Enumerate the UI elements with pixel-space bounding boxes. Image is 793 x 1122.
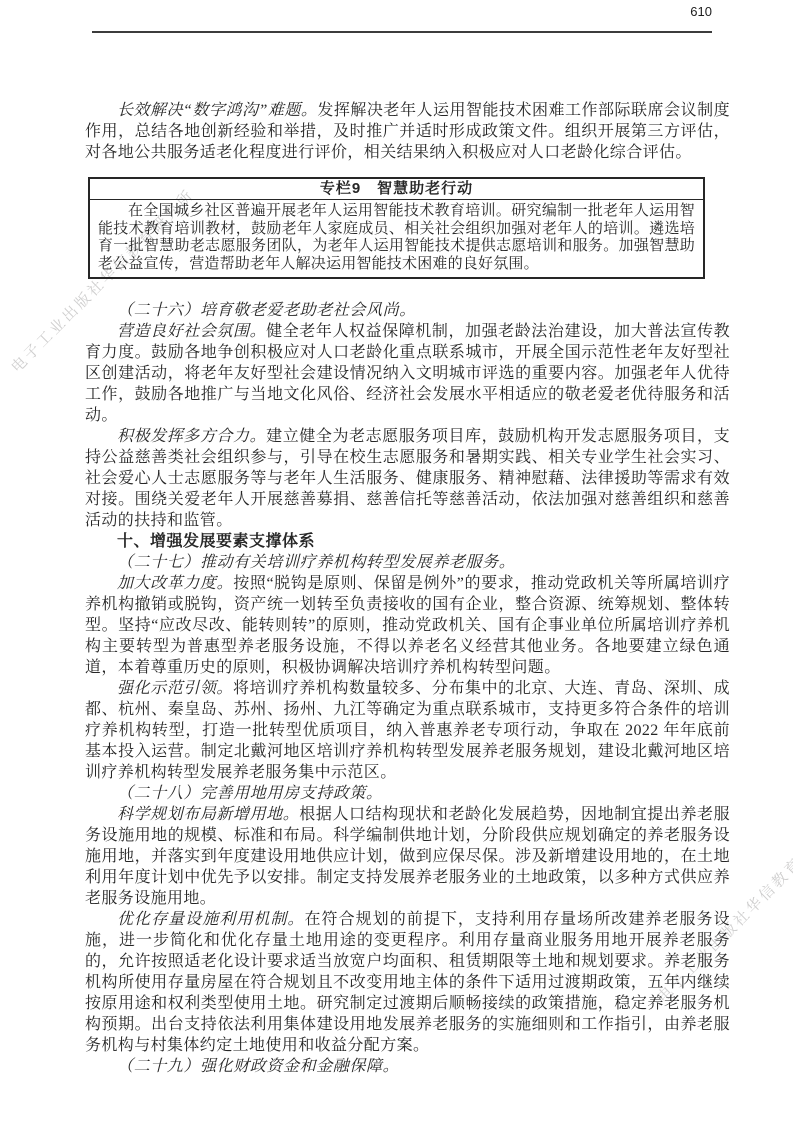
column-9-body: 在全国城乡社区普遍开展老年人运用智能技术教育培训。研究编制一批老年人运用智能技术… [90,200,703,277]
paragraph-reform: 加大改革力度。按照“脱钩是原则、保留是例外”的要求，推动党政机关等所属培训疗养机… [85,573,730,678]
paragraph-lead: 优化存量设施利用机制。 [117,911,305,928]
paragraph-new-land: 科学规划布局新增用地。根据人口结构现状和老龄化发展趋势，因地制宜提出养老服务设施… [85,804,730,909]
document-page: 电子工业出版社华信教育研究所 电子工业出版社华信教育研究所 610 长效解决“数… [0,0,793,1122]
paragraph-lead: 强化示范引领。 [117,680,233,697]
section-27-heading: （二十七）推动有关培训疗养机构转型发展养老服务。 [85,552,730,573]
paragraph-lead: 营造良好社会氛围。 [117,323,266,340]
page-content: 610 长效解决“数字鸿沟”难题。发挥解决老年人运用智能技术困难工作部际联席会议… [0,0,793,1077]
paragraph-atmosphere: 营造良好社会氛围。健全老年人权益保障机制，加强老龄法治建设，加大普法宣传教育力度… [85,321,730,426]
chapter-10-heading: 十、增强发展要素支撑体系 [85,531,730,552]
paragraph-demonstration: 强化示范引领。将培训疗养机构数量较多、分布集中的北京、大连、青岛、深圳、成都、杭… [85,678,730,783]
paragraph-joint-force: 积极发挥多方合力。建立健全为老志愿服务项目库，鼓励机构开发志愿服务项目，支持公益… [85,426,730,531]
column-9-title: 专栏9 智慧助老行动 [90,179,703,200]
page-number: 610 [85,4,712,20]
paragraph-lead: 科学规划布局新增用地。 [117,806,299,823]
paragraph-stock-facilities: 优化存量设施利用机制。在符合规划的前提下，支持利用存量场所改建养老服务设施，进一… [85,909,730,1056]
section-26-heading: （二十六）培育敬老爱老助老社会风尚。 [85,300,730,321]
section-29-heading: （二十九）强化财政资金和金融保障。 [85,1056,730,1077]
column-9-box: 专栏9 智慧助老行动 在全国城乡社区普遍开展老年人运用智能技术教育培训。研究编制… [88,177,705,279]
header-rule [92,31,712,33]
paragraph-lead: 加大改革力度。 [117,575,233,592]
paragraph-lead: 积极发挥多方合力。 [117,428,266,445]
paragraph-lead: 长效解决“数字鸿沟”难题。 [117,102,317,119]
section-28-heading: （二十八）完善用地用房支持政策。 [85,783,730,804]
paragraph-digital-divide: 长效解决“数字鸿沟”难题。发挥解决老年人运用智能技术困难工作部际联席会议制度作用… [85,100,730,163]
paragraph-text: 在符合规划的前提下，支持利用存量场所改建养老服务设施，进一步简化和优化存量土地用… [85,911,730,1054]
